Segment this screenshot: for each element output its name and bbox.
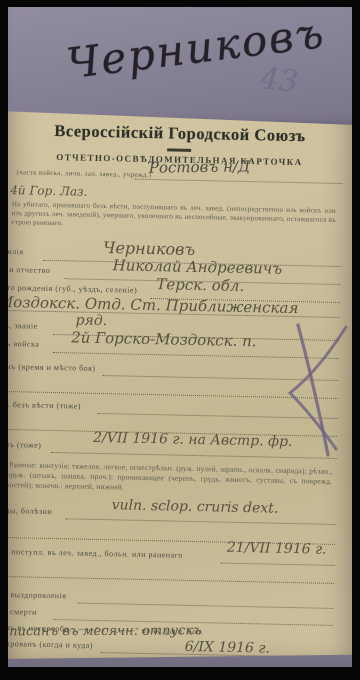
photo-scan: Черниковъ 43 Всероссійскій Городской Сою…: [8, 7, 352, 667]
field-value-name: Николай Андреевичъ: [113, 256, 283, 278]
field-label-name: Имя и отчество: [8, 265, 50, 275]
field-value-sick: 2/VII 1916 г. на Австр. фр.: [93, 430, 293, 450]
field-value-diagnosis: vuln. sclop. cruris dext.: [112, 497, 279, 516]
scanned-document-frame: Черниковъ 43 Всероссійскій Городской Сою…: [0, 0, 360, 680]
intro-note: На убитаго, пропавшаго безъ вѣсти, посту…: [11, 200, 335, 234]
field-label-diagnosis: ницы, болѣзни: [8, 506, 52, 516]
wound-note: (Раненіе: контузія; тяжелое, легкое, огн…: [8, 460, 333, 497]
divider-dash: [167, 148, 191, 152]
field-label-evacuated: Эвакуированъ (когда и куда): [8, 639, 93, 650]
field-value-discharged: Выписанъ въ месячн. отпускъ: [8, 623, 202, 639]
pencil-cross-mark-icon: [284, 323, 352, 459]
field-value-birthplace: Терск. обл.: [156, 275, 244, 295]
unit-line-label: (часть войска, личн. зап. завед., учрежд…: [17, 169, 152, 179]
field-value-rank: ряд.: [75, 312, 107, 329]
unit-line-value: Ростовъ н/Д: [149, 157, 251, 176]
field-value-unit: 2й Горско-Моздокск. п.: [71, 328, 257, 350]
field-label-rank: Чинъ, званіе: [8, 321, 38, 331]
field-label-missing: Проп. безъ вѣсти (тоже): [8, 400, 81, 411]
organization-title: Всероссійскій Городской Союзъ: [8, 120, 352, 147]
hospital-note: 4й Гор. Лаз.: [10, 183, 87, 199]
archive-number: 43: [259, 61, 300, 99]
dotted-line: [135, 179, 343, 184]
field-label-sick: Боленъ (тоже): [8, 440, 41, 450]
field-label-unit: Часть войска: [8, 339, 39, 349]
field-label-wounded: Раненъ (время и мѣсто боя): [8, 362, 96, 373]
field-value-birthplace-2: Моздокск. Отд. Ст. Приближенская: [8, 293, 299, 317]
field-label-recovery: Время выздоровленія: [8, 590, 67, 601]
purple-backing-paper-bottom: [8, 653, 352, 667]
field-label-surname: Фамилія: [8, 247, 24, 257]
field-label-death: Время смерти: [8, 607, 37, 617]
field-value-evacuated: 6/IX 1916 г.: [185, 639, 271, 657]
field-label-admission: Время поступл. въ леч. завед., больн. ил…: [8, 547, 183, 560]
field-value-admission: 21/VII 1916 г.: [227, 540, 327, 558]
